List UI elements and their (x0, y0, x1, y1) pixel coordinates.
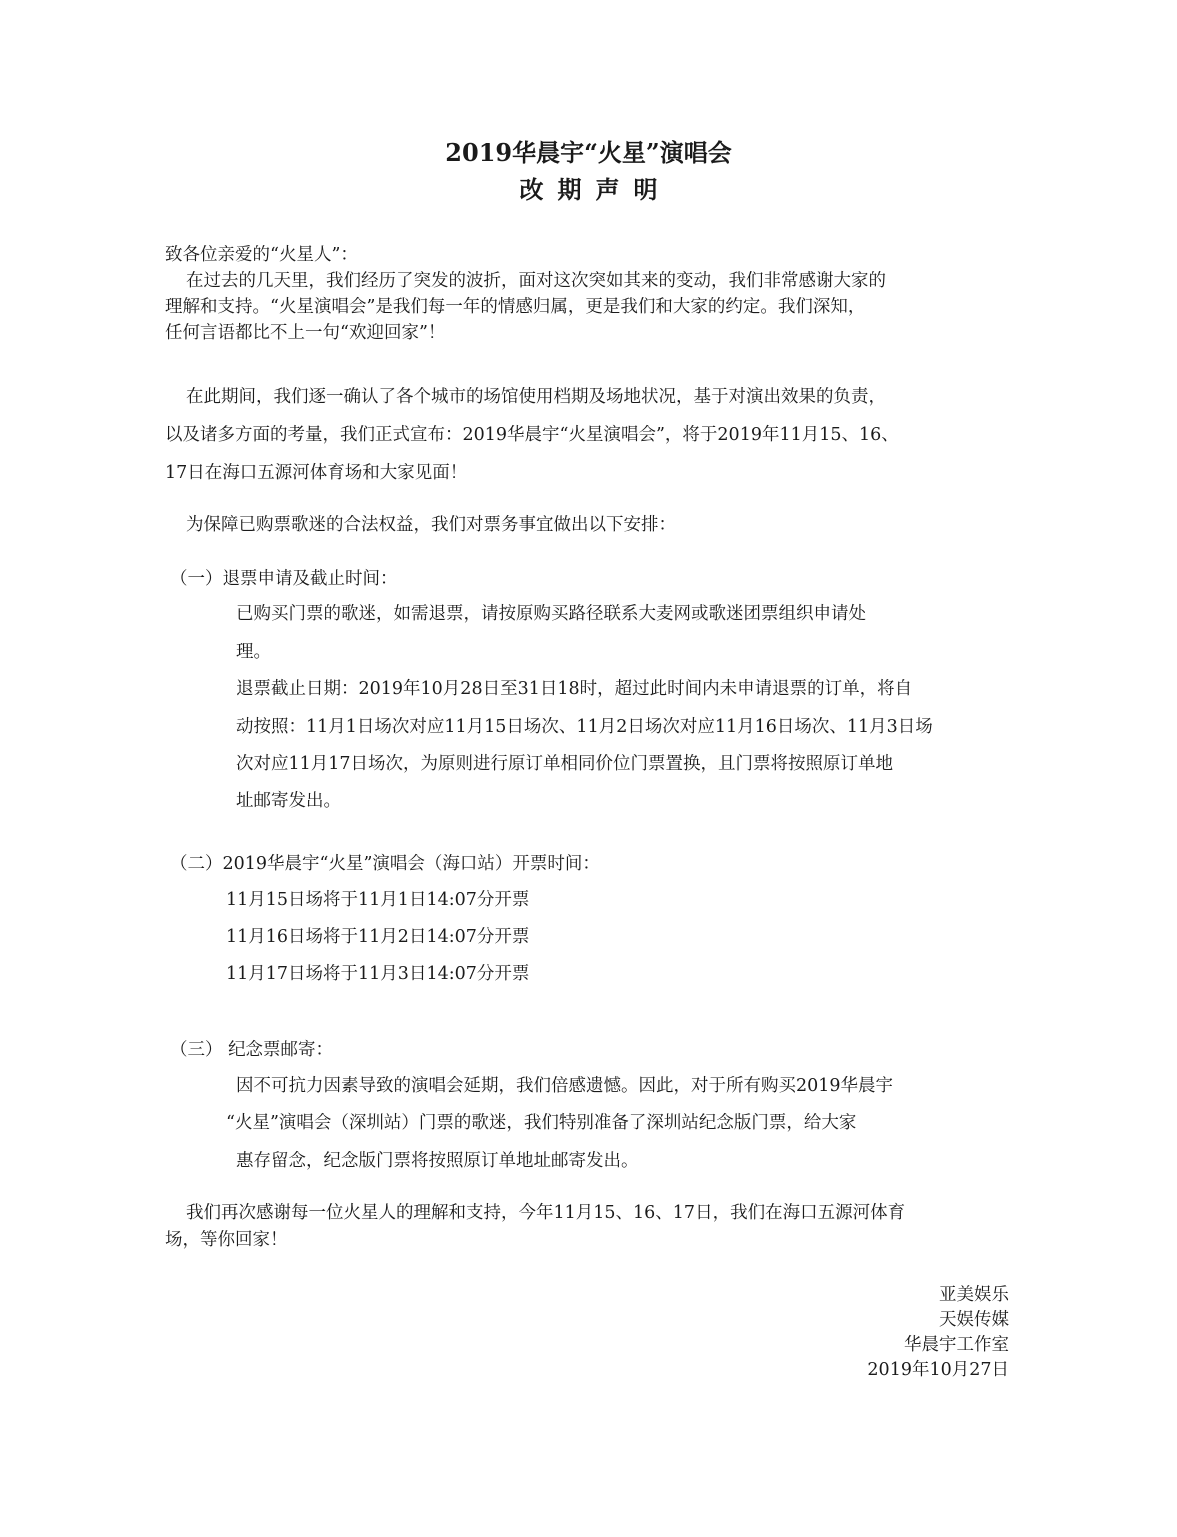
section-1-line: 理。 (236, 641, 271, 663)
section-1-line: 动按照：11月1日场次对应11月15日场次、11月2日场次对应11月16日场次、… (236, 716, 933, 738)
section-3-line: “火星”演唱会（深圳站）门票的歌迷，我们特别准备了深圳站纪念版门票，给大家 (226, 1112, 856, 1134)
signature-company: 天娱传媒 (939, 1309, 1009, 1331)
document-subtitle: 改期声明 (0, 170, 1177, 205)
section-3-heading: （三） 纪念票邮寄： (170, 1039, 333, 1061)
section-1-line: 退票截止日期：2019年10月28日至31日18时，超过此时间内未申请退票的订单… (236, 678, 912, 700)
paragraph-1-line-1: 在过去的几天里，我们经历了突发的波折，面对这次突如其来的变动，我们非常感谢大家的 (186, 270, 886, 292)
signature-company: 华晨宇工作室 (904, 1334, 1009, 1356)
section-1-line: 次对应11月17日场次，为原则进行原订单相同价位门票置换，且门票将按照原订单地 (236, 753, 893, 775)
document-page: 2019华晨宇“火星”演唱会 改期声明 致各位亲爱的“火星人”： 在过去的几天里… (0, 0, 1177, 1537)
section-1-line: 址邮寄发出。 (236, 790, 341, 812)
section-2-heading: （二）2019华晨宇“火星”演唱会（海口站）开票时间： (170, 853, 600, 875)
paragraph-2-line-2: 以及诸多方面的考量，我们正式宣布：2019华晨宇“火星演唱会”，将于2019年1… (165, 424, 899, 446)
section-3-line: 惠存留念，纪念版门票将按照原订单地址邮寄发出。 (236, 1150, 639, 1172)
section-3-line: 因不可抗力因素导致的演唱会延期，我们倍感遗憾。因此，对于所有购买2019华晨宇 (236, 1075, 893, 1097)
paragraph-1-line-2: 理解和支持。“火星演唱会”是我们每一年的情感归属，更是我们和大家的约定。我们深知… (165, 296, 865, 318)
ticket-sale-time: 11月16日场将于11月2日14:07分开票 (226, 926, 529, 948)
paragraph-3: 为保障已购票歌迷的合法权益，我们对票务事宜做出以下安排： (186, 514, 676, 536)
signature-date: 2019年10月27日 (867, 1359, 1009, 1381)
closing-line-1: 我们再次感谢每一位火星人的理解和支持，今年11月15、16、17日，我们在海口五… (186, 1202, 905, 1224)
section-1-line: 已购买门票的歌迷，如需退票，请按原购买路径联系大麦网或歌迷团票组织申请处 (236, 603, 866, 625)
greeting: 致各位亲爱的“火星人”： (165, 244, 358, 266)
ticket-sale-time: 11月17日场将于11月3日14:07分开票 (226, 963, 529, 985)
paragraph-2-line-1: 在此期间，我们逐一确认了各个城市的场馆使用档期及场地状况，基于对演出效果的负责， (186, 386, 886, 408)
signature-company: 亚美娱乐 (939, 1284, 1009, 1306)
ticket-sale-time: 11月15日场将于11月1日14:07分开票 (226, 889, 529, 911)
document-title: 2019华晨宇“火星”演唱会 (0, 133, 1177, 168)
section-1-heading: （一）退票申请及截止时间： (170, 568, 398, 590)
paragraph-2-line-3: 17日在海口五源河体育场和大家见面！ (165, 462, 467, 484)
closing-line-2: 场，等你回家！ (165, 1229, 288, 1251)
paragraph-1-line-3: 任何言语都比不上一句“欢迎回家”！ (165, 322, 445, 344)
